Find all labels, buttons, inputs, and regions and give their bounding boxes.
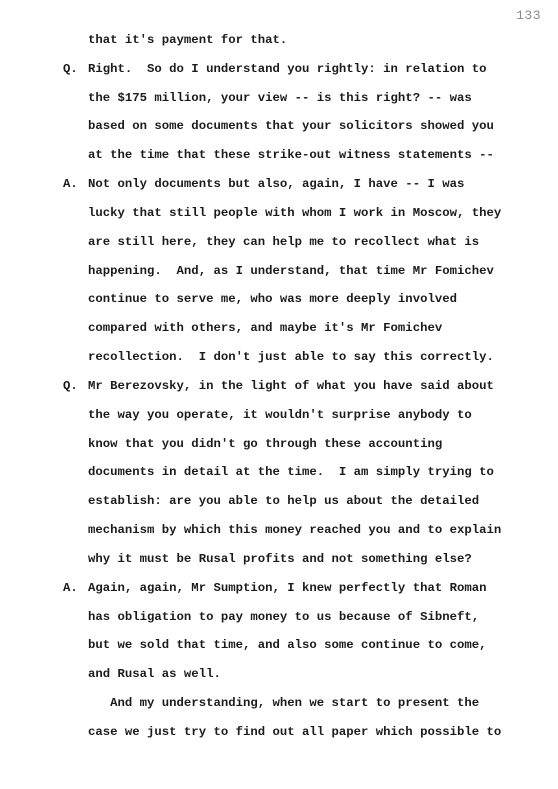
transcript-line: are still here, they can help me to reco… [0,228,558,257]
line-text: And my understanding, when we start to p… [88,689,479,718]
line-text: but we sold that time, and also some con… [88,631,486,660]
transcript-line: the way you operate, it wouldn't surpris… [0,401,558,430]
line-text: documents in detail at the time. I am si… [88,458,494,487]
line-text: happening. And, as I understand, that ti… [88,257,494,286]
line-text: Right. So do I understand you rightly: i… [88,55,486,84]
transcript-document-page: 133 that it's payment for that. Q.Right.… [0,0,558,789]
line-text: at the time that these strike-out witnes… [88,141,494,170]
line-text: the way you operate, it wouldn't surpris… [88,401,472,430]
transcript-line: mechanism by which this money reached yo… [0,516,558,545]
line-text: know that you didn't go through these ac… [88,430,442,459]
speaker-marker: A. [63,170,78,199]
speaker-marker: A. [63,574,78,603]
transcript-line: A.Again, again, Mr Sumption, I knew perf… [0,574,558,603]
transcript-line: recollection. I don't just able to say t… [0,343,558,372]
line-text: has obligation to pay money to us becaus… [88,603,479,632]
transcript-line: based on some documents that your solici… [0,112,558,141]
transcript-line: but we sold that time, and also some con… [0,631,558,660]
transcript-line: continue to serve me, who was more deepl… [0,285,558,314]
line-text: Not only documents but also, again, I ha… [88,170,464,199]
line-text: establish: are you able to help us about… [88,487,479,516]
transcript-line: case we just try to find out all paper w… [0,718,558,747]
line-text: recollection. I don't just able to say t… [88,343,494,372]
line-text: Mr Berezovsky, in the light of what you … [88,372,494,401]
line-text: and Rusal as well. [88,660,221,689]
transcript-line: why it must be Rusal profits and not som… [0,545,558,574]
transcript-line: lucky that still people with whom I work… [0,199,558,228]
transcript-line: happening. And, as I understand, that ti… [0,257,558,286]
transcript-line: that it's payment for that. [0,26,558,55]
transcript-line: A.Not only documents but also, again, I … [0,170,558,199]
line-text: Again, again, Mr Sumption, I knew perfec… [88,574,486,603]
page-number: 133 [516,8,541,23]
line-text: that it's payment for that. [88,26,287,55]
line-text: are still here, they can help me to reco… [88,228,479,257]
speaker-marker: Q. [63,55,78,84]
transcript-line: the $175 million, your view -- is this r… [0,84,558,113]
transcript-line: establish: are you able to help us about… [0,487,558,516]
line-text: case we just try to find out all paper w… [88,718,501,747]
transcript-line: And my understanding, when we start to p… [0,689,558,718]
transcript-line: has obligation to pay money to us becaus… [0,603,558,632]
line-text: the $175 million, your view -- is this r… [88,84,472,113]
transcript-line: documents in detail at the time. I am si… [0,458,558,487]
line-text: continue to serve me, who was more deepl… [88,285,457,314]
line-text: mechanism by which this money reached yo… [88,516,501,545]
line-text: compared with others, and maybe it's Mr … [88,314,442,343]
speaker-marker: Q. [63,372,78,401]
transcript-line: Q.Right. So do I understand you rightly:… [0,55,558,84]
transcript-line: compared with others, and maybe it's Mr … [0,314,558,343]
transcript-line: know that you didn't go through these ac… [0,430,558,459]
line-text: based on some documents that your solici… [88,112,494,141]
transcript-line: at the time that these strike-out witnes… [0,141,558,170]
transcript-line: Q.Mr Berezovsky, in the light of what yo… [0,372,558,401]
transcript-line: and Rusal as well. [0,660,558,689]
line-text: lucky that still people with whom I work… [88,199,501,228]
transcript-body: that it's payment for that. Q.Right. So … [0,26,558,747]
line-text: why it must be Rusal profits and not som… [88,545,472,574]
